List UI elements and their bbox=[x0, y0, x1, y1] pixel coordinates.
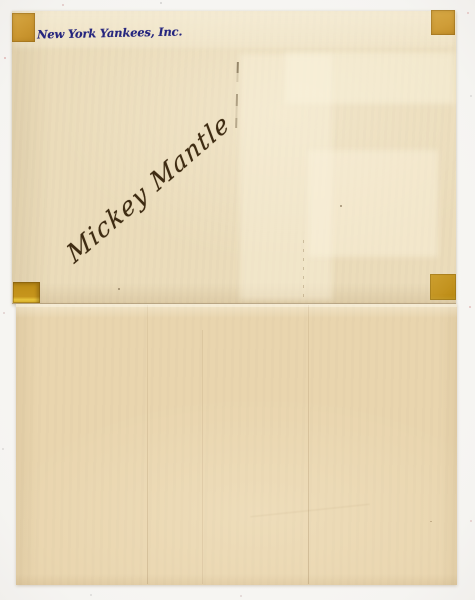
show-through-patch-middle bbox=[308, 150, 438, 257]
fold-crease-upper-right bbox=[303, 240, 304, 302]
fold-crease-vertical-center bbox=[202, 330, 203, 584]
center-fold-highlight bbox=[16, 304, 457, 307]
paper-fleck bbox=[118, 288, 120, 290]
tape-middle-left bbox=[13, 282, 40, 303]
paper-fleck bbox=[340, 205, 342, 207]
scan-dust-specks bbox=[0, 0, 2, 2]
tape-top-left bbox=[12, 13, 35, 42]
fold-crease-vertical-right bbox=[308, 305, 309, 584]
paper-fleck bbox=[430, 521, 432, 522]
tape-top-right bbox=[431, 10, 455, 35]
tape-middle-right bbox=[430, 274, 456, 300]
paper-lower-half bbox=[16, 304, 457, 585]
fold-crease-vertical-left bbox=[147, 305, 148, 584]
scanned-photo-background: New York Yankees, Inc. Mickey Mantle bbox=[0, 0, 475, 600]
